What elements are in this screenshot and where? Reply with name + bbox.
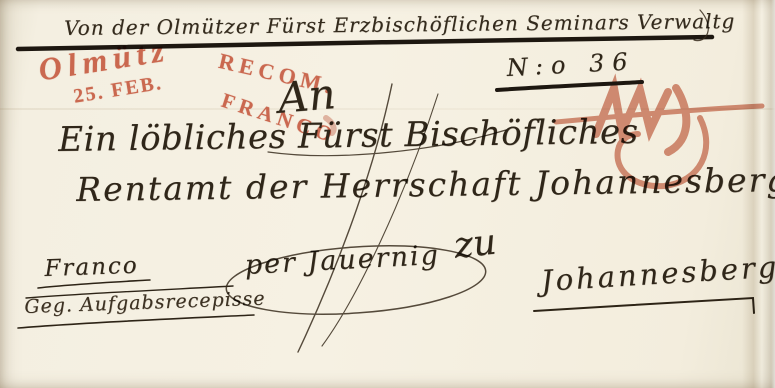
paper-crease <box>0 108 775 110</box>
franco-manuscript-note: Franco <box>44 253 139 282</box>
postal-cover-scan: Olmütz 25. FEB. RECOM. FRANCO Von der Ol… <box>0 0 775 388</box>
salutation-an: An <box>276 69 337 123</box>
address-line-1: Ein löbliches Fürst Bischöfliches <box>58 112 639 160</box>
preposition-zu: zu <box>452 222 498 267</box>
